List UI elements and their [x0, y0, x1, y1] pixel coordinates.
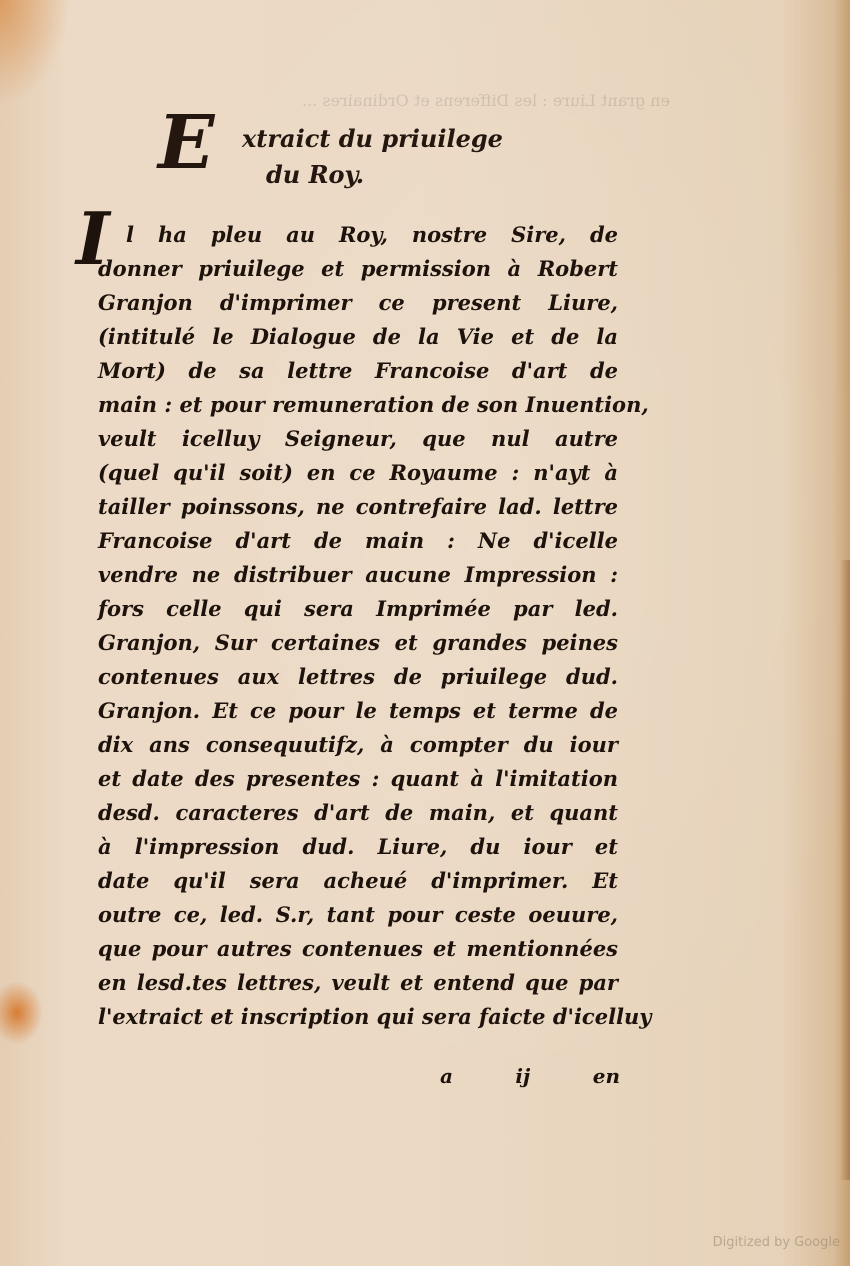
- text-line: à l'impression dud. Liure, du iour et: [98, 830, 618, 864]
- text-line: et date des presentes : quant à l'imitat…: [98, 762, 618, 796]
- text-line: l'extraict et inscription qui sera faict…: [98, 1000, 618, 1034]
- text-line: date qu'il sera acheué d'imprimer. Et: [98, 864, 618, 898]
- text-line: vendre ne distribuer aucune Impression :: [98, 558, 618, 592]
- digitization-watermark: Digitized by Google: [713, 1235, 840, 1250]
- text-line: contenues aux lettres de priuilege dud.: [98, 660, 618, 694]
- catchword: en: [593, 1064, 620, 1088]
- text-line: en lesd.tes lettres, veult et entend que…: [98, 966, 618, 1000]
- text-line: Mort) de sa lettre Francoise d'art de: [98, 354, 618, 388]
- text-line: fors celle qui sera Imprimée par led.: [98, 592, 618, 626]
- heading-line-1: xtraict du priuilege: [242, 124, 503, 153]
- heading-initial: E: [158, 108, 214, 178]
- text-line: (intitulé le Dialogue de la Vie et de la: [98, 320, 618, 354]
- text-line: Granjon, Sur certaines et grandes peines: [98, 626, 618, 660]
- text-line: desd. caracteres d'art de main, et quant: [98, 796, 618, 830]
- book-page: en grant Liure : les Differens et Ordina…: [0, 0, 850, 1266]
- signature-number: ij: [515, 1064, 530, 1088]
- text-line: tailler poinssons, ne contrefaire lad. l…: [98, 490, 618, 524]
- text-line: que pour autres contenues et mentionnées: [98, 932, 618, 966]
- signature-letter: a: [440, 1064, 453, 1088]
- text-line: (quel qu'il soit) en ce Royaume : n'ayt …: [98, 456, 618, 490]
- privilege-text: l ha pleu au Roy, nostre Sire, de donner…: [98, 218, 618, 1034]
- text-line: Granjon. Et ce pour le temps et terme de: [98, 694, 618, 728]
- heading-line-2: du Roy.: [266, 160, 364, 189]
- signature-marks: a ij en: [440, 1064, 620, 1088]
- text-line: Granjon d'imprimer ce present Liure,: [98, 286, 618, 320]
- text-line: main : et pour remuneration de son Inuen…: [98, 388, 618, 422]
- text-line: Francoise d'art de main : Ne d'icelle: [98, 524, 618, 558]
- page-edge-shadow: [840, 560, 850, 1180]
- text-line: outre ce, led. S.r, tant pour ceste oeuu…: [98, 898, 618, 932]
- text-line: veult icelluy Seigneur, que nul autre: [98, 422, 618, 456]
- text-line: donner priuilege et permission à Robert: [98, 252, 618, 286]
- text-line: l ha pleu au Roy, nostre Sire, de: [98, 218, 618, 252]
- text-line: dix ans consequutifz, à compter du iour: [98, 728, 618, 762]
